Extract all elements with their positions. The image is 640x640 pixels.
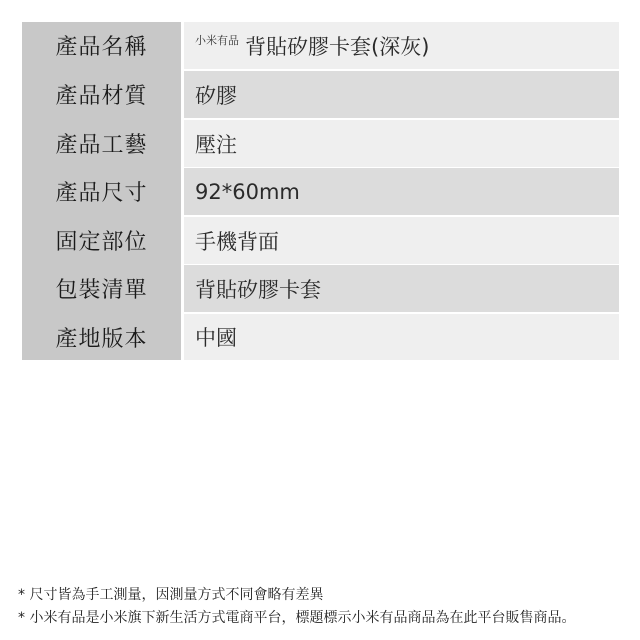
- footnote-measurement: * 尺寸皆為手工測量，因測量方式不同會略有差異: [18, 584, 575, 607]
- spec-row-package-contents: 包裝清單 背貼矽膠卡套: [22, 265, 619, 312]
- spec-label: 包裝清單: [22, 265, 181, 312]
- footnotes: * 尺寸皆為手工測量，因測量方式不同會略有差異 * 小米有品是小米旗下新生活方式…: [18, 584, 575, 630]
- spec-value: 中國: [184, 314, 619, 360]
- spec-label: 產品材質: [22, 71, 181, 118]
- spec-label: 產品尺寸: [22, 168, 181, 215]
- spec-row-process: 產品工藝 壓注: [22, 120, 619, 167]
- footnote-platform: * 小米有品是小米旗下新生活方式電商平台，標題標示小米有品商品為在此平台販售商品…: [18, 607, 575, 630]
- spec-row-product-name: 產品名稱 小米有品 背貼矽膠卡套(深灰): [22, 22, 619, 69]
- spec-value: 矽膠: [184, 71, 619, 118]
- spec-row-material: 產品材質 矽膠: [22, 71, 619, 118]
- spec-value: 92*60mm: [184, 168, 619, 215]
- spec-table: 產品名稱 小米有品 背貼矽膠卡套(深灰) 產品材質 矽膠 產品工藝 壓注 產品尺…: [22, 22, 619, 360]
- spec-label: 產地版本: [22, 314, 181, 360]
- brand-prefix: 小米有品: [195, 32, 239, 48]
- spec-row-size: 產品尺寸 92*60mm: [22, 168, 619, 215]
- spec-label: 固定部位: [22, 217, 181, 264]
- spec-value: 壓注: [184, 120, 619, 167]
- spec-label: 產品工藝: [22, 120, 181, 167]
- spec-row-mount-position: 固定部位 手機背面: [22, 217, 619, 264]
- spec-row-origin: 產地版本 中國: [22, 314, 619, 360]
- spec-label: 產品名稱: [22, 22, 181, 69]
- spec-value-text: 背貼矽膠卡套(深灰): [245, 31, 429, 61]
- spec-value: 背貼矽膠卡套: [184, 265, 619, 312]
- spec-value: 手機背面: [184, 217, 619, 264]
- spec-value: 小米有品 背貼矽膠卡套(深灰): [184, 22, 619, 69]
